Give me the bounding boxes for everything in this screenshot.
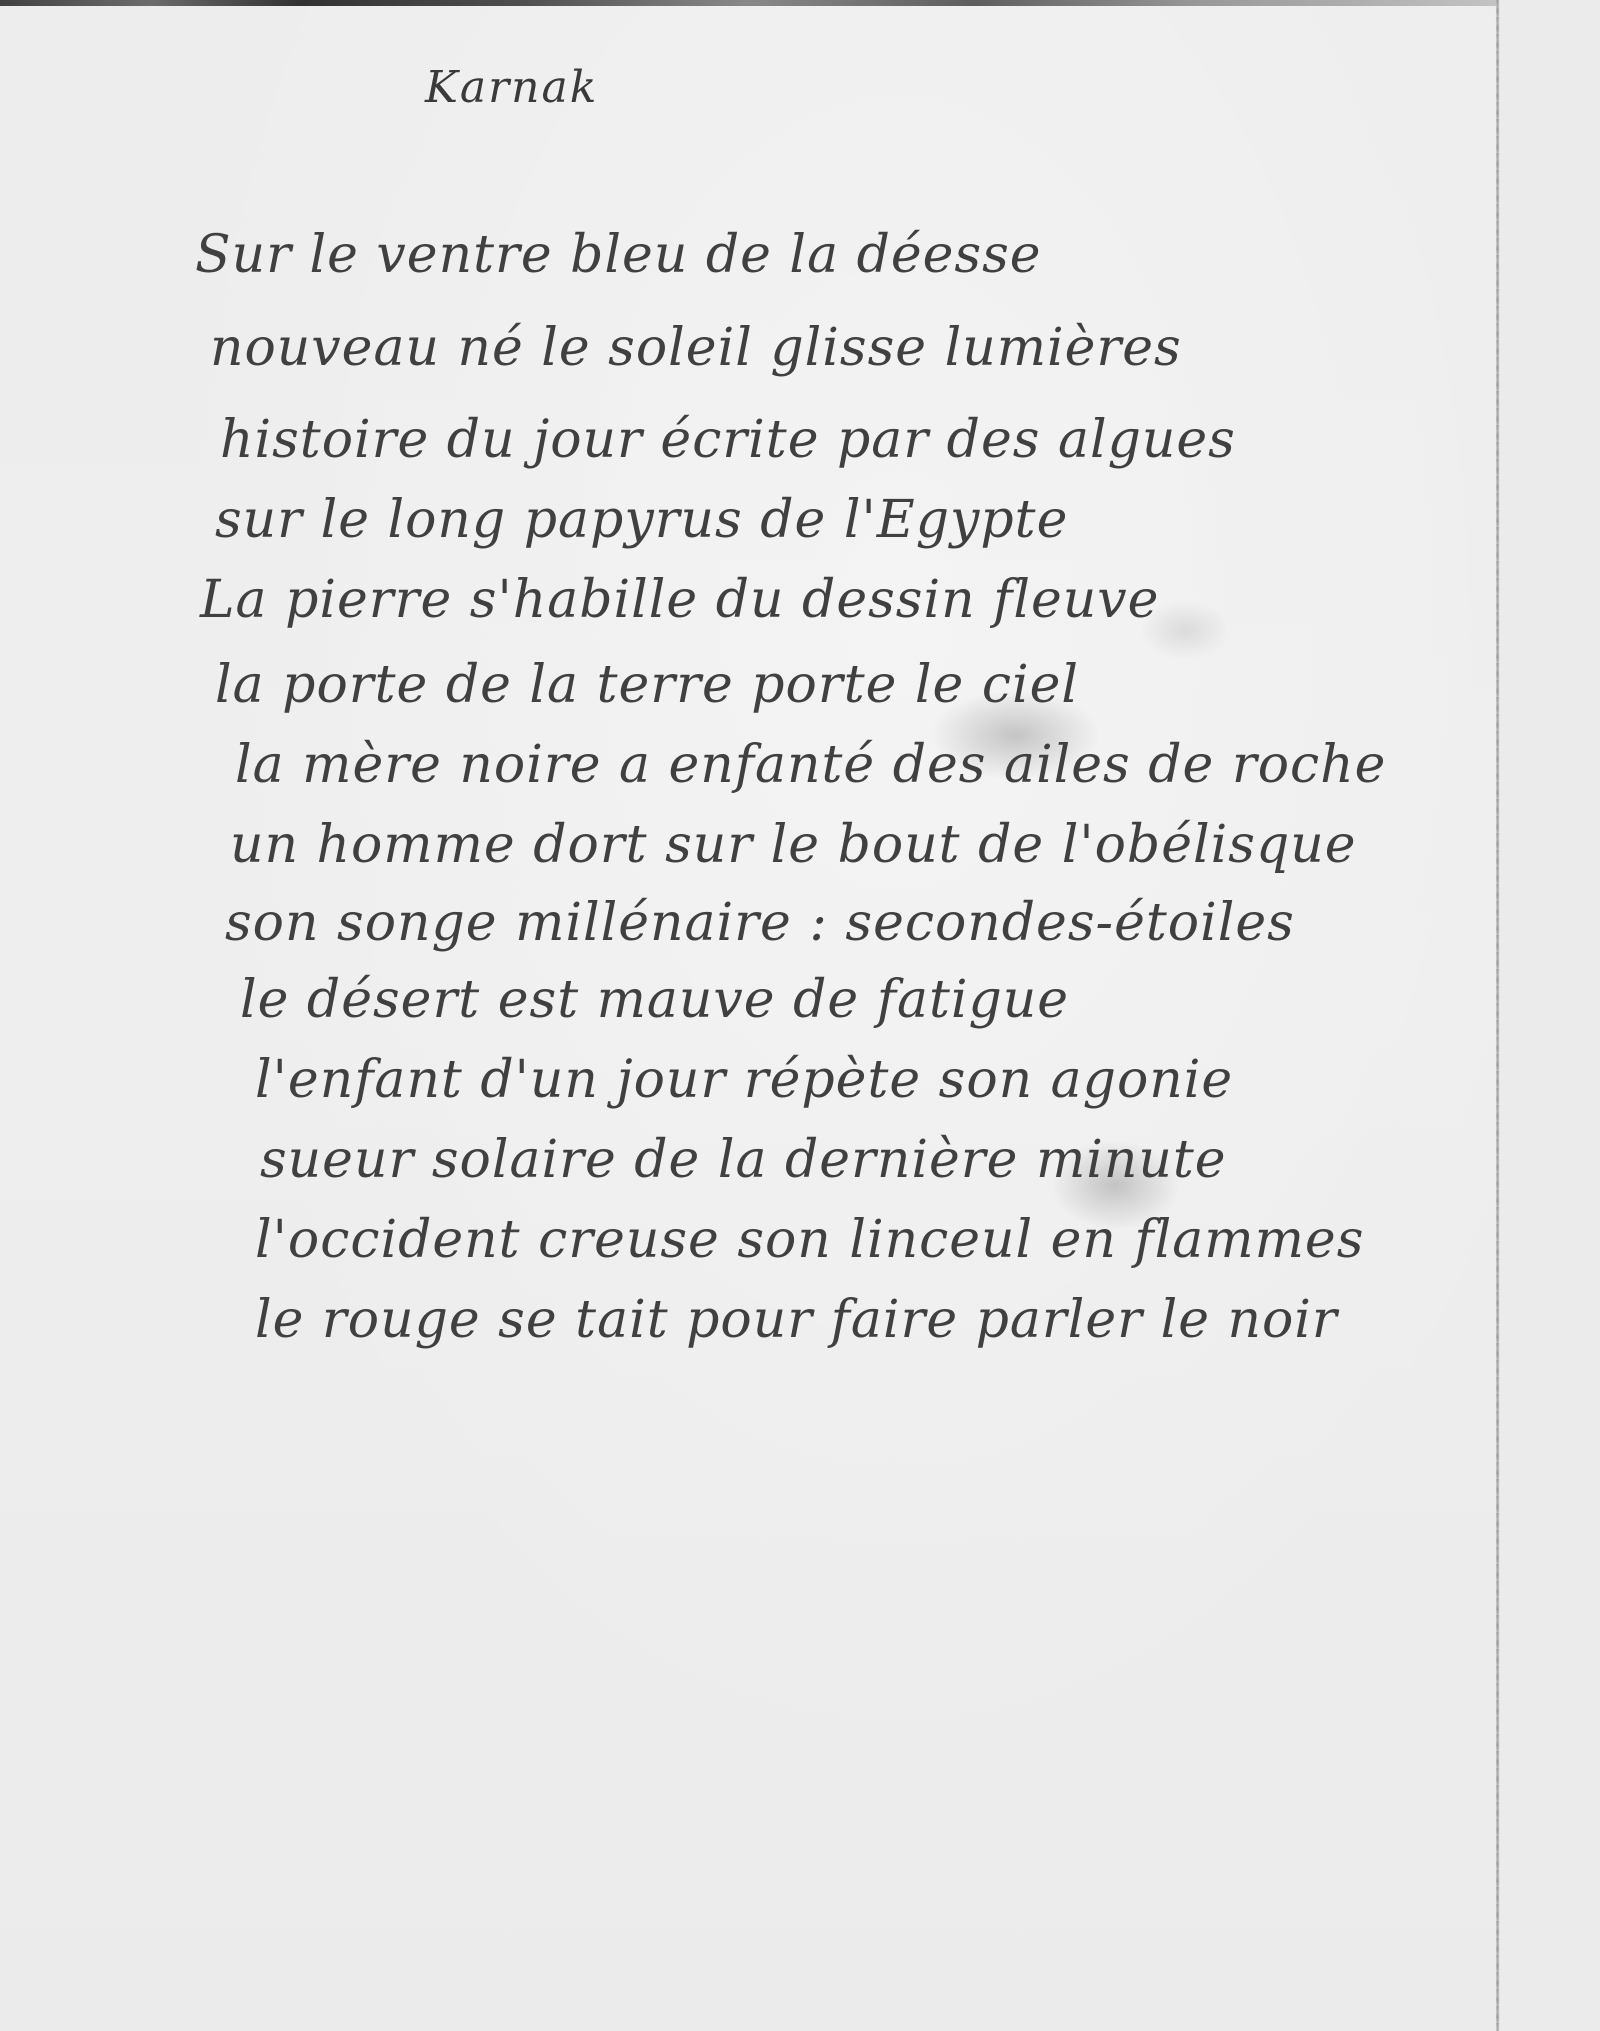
- handwritten-page: Karnak Sur le ventre bleu de la déesse n…: [0, 0, 1497, 2031]
- torn-right-edge: [1496, 0, 1499, 2031]
- verse-line: nouveau né le soleil glisse lumières: [210, 318, 1182, 378]
- poem-title: Karnak: [425, 62, 598, 113]
- verse-line: un homme dort sur le bout de l'obélisque: [230, 815, 1357, 875]
- verse-line: la mère noire a enfanté des ailes de roc…: [235, 735, 1386, 795]
- verse-line: le rouge se tait pour faire parler le no…: [255, 1290, 1338, 1350]
- verse-line: la porte de la terre porte le ciel: [215, 655, 1079, 715]
- verse-line: l'enfant d'un jour répète son agonie: [255, 1050, 1233, 1110]
- verse-line: son songe millénaire : secondes-étoiles: [225, 893, 1295, 953]
- verse-line: Sur le ventre bleu de la déesse: [195, 225, 1042, 285]
- verse-line: sur le long papyrus de l'Egypte: [215, 490, 1068, 550]
- verse-line: histoire du jour écrite par des algues: [220, 410, 1236, 470]
- verse-line: La pierre s'habille du dessin fleuve: [200, 570, 1159, 630]
- verse-line: le désert est mauve de fatigue: [240, 970, 1069, 1030]
- verse-line: l'occident creuse son linceul en flammes: [255, 1210, 1364, 1270]
- verse-line: sueur solaire de la dernière minute: [260, 1130, 1227, 1190]
- torn-top-edge: [0, 0, 1497, 6]
